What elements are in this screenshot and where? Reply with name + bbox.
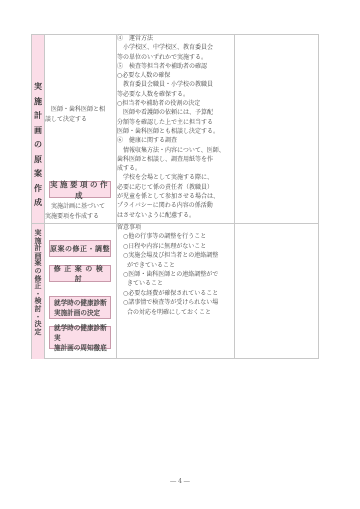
detail-line: 学校を会場として実施する際に、: [117, 173, 235, 182]
detail-line: ○諸事情で検査等が受けられない場: [117, 298, 235, 307]
page-number: ― 4 ―: [0, 478, 360, 485]
detail-line: ④ 運営方法: [117, 34, 235, 43]
detail-line: プライバシーに関わる内容の係活動: [117, 201, 235, 210]
detail-line: 合の対応を明確にしておくこと: [117, 308, 235, 317]
detail-line: ○他の行事等の調整を行うこと: [117, 232, 235, 241]
label-char: 計: [32, 109, 44, 124]
label-char: 定: [32, 329, 44, 337]
detail-line: ⑤ 検査等担当者や補助者の確認: [117, 62, 235, 71]
consult-note: 医師・歯科医師と相 談して決定する: [45, 105, 116, 124]
detail-line: ○必要な経費が確保されていること: [117, 289, 235, 298]
label-char: 施: [32, 95, 44, 110]
label-char: の: [32, 138, 44, 153]
detail-line: ○医師・歯科医師との連絡調整がで: [117, 270, 235, 279]
process-table: 実 施 計 画 の 原 案 作 成 医師・歯科医師と相 談して決定する 実施要項…: [31, 34, 319, 359]
detail-line: 分額等を確認した上で主に担当する: [117, 118, 235, 127]
label-char: 成: [32, 196, 44, 211]
section1-vertical-label: 実 施 計 画 の 原 案 作 成: [32, 80, 44, 211]
detail-line: ⑥ 健康に関する調査: [117, 136, 235, 145]
detail-line: 等の単位のいずれかで実施する。: [117, 53, 235, 62]
detail-line: ○担当者や補助者の役割の決定: [117, 99, 235, 108]
detail-line: ○実施会場及び担当者との連絡調整: [117, 251, 235, 260]
detail-line: はさせないように配慮する。: [117, 211, 235, 220]
detail-line: 歯科医師と相談し、調査用紙等を作: [117, 155, 235, 164]
detail-line: 成する。: [117, 164, 235, 173]
label-char: 実: [32, 80, 44, 95]
note-line: 談して決定する: [45, 115, 116, 125]
step-box-publicize-plan: 就学時の健康診断実 施計画の周知徹底: [49, 326, 111, 349]
box-line: 実施計画の決定: [54, 308, 107, 318]
section2-vertical-label: 実 施 計 画 案 の 修 正 ・ 検 討 ・ 決 定: [32, 230, 44, 336]
box-line: 就学時の健康診断: [54, 298, 107, 308]
step-box-revise-draft: 原案の修正・調整: [49, 240, 111, 257]
section1-details: ④ 運営方法 小学校区、中学校区、教育委員会 等の単位のいずれかで実施する。 ⑤…: [117, 34, 235, 220]
label-char: 原: [32, 153, 44, 168]
detail-line: 必要に応じて係の責任者（教職員）: [117, 183, 235, 192]
guidelines-note: 実施計画に基づいて 実施要項を作成する: [45, 202, 116, 221]
detail-line: 情報収集方法・内容について、医師、: [117, 146, 235, 155]
detail-line: 小学校区、中学校区、教育委員会: [117, 43, 235, 52]
detail-line: きていること: [117, 279, 235, 288]
label-char: 作: [32, 182, 44, 197]
detail-line: 教育委員会職員・小学校の教職員: [117, 80, 235, 89]
note-line: 実施要項を作成する: [45, 212, 116, 222]
step-box-review-revision: 修正案の検討: [49, 265, 111, 282]
box-line: 就学時の健康診断実: [54, 323, 110, 343]
section2-considerations: 留意事項 ○他の行事等の調整を行うこと ○日程や内容に無理がないこと ○実施会場…: [117, 223, 235, 317]
detail-line: ○日程や内容に無理がないこと: [117, 242, 235, 251]
step-box-create-guidelines: 実施要項の作成: [49, 181, 111, 198]
detail-line: 等必要な人数を確保する。: [117, 90, 235, 99]
detail-line: が児童を係として参加させる場合は、: [117, 192, 235, 201]
note-line: 医師・歯科医師と相: [45, 105, 116, 115]
box-line: 施計画の周知徹底: [54, 343, 110, 353]
label-char: 画: [32, 124, 44, 139]
step-box-decide-plan: 就学時の健康診断 実施計画の決定: [49, 296, 111, 319]
note-line: 実施計画に基づいて: [45, 202, 116, 212]
detail-line: ができていること: [117, 261, 235, 270]
detail-line: 医師・歯科医師とも相談し決定する。: [117, 127, 235, 136]
label-char: 案: [32, 167, 44, 182]
detail-line: ○必要な人数の確保: [117, 71, 235, 80]
divider: [44, 35, 45, 358]
detail-line: 医師や看護師の依頼には、予算配: [117, 108, 235, 117]
considerations-heading: 留意事項: [117, 223, 235, 232]
